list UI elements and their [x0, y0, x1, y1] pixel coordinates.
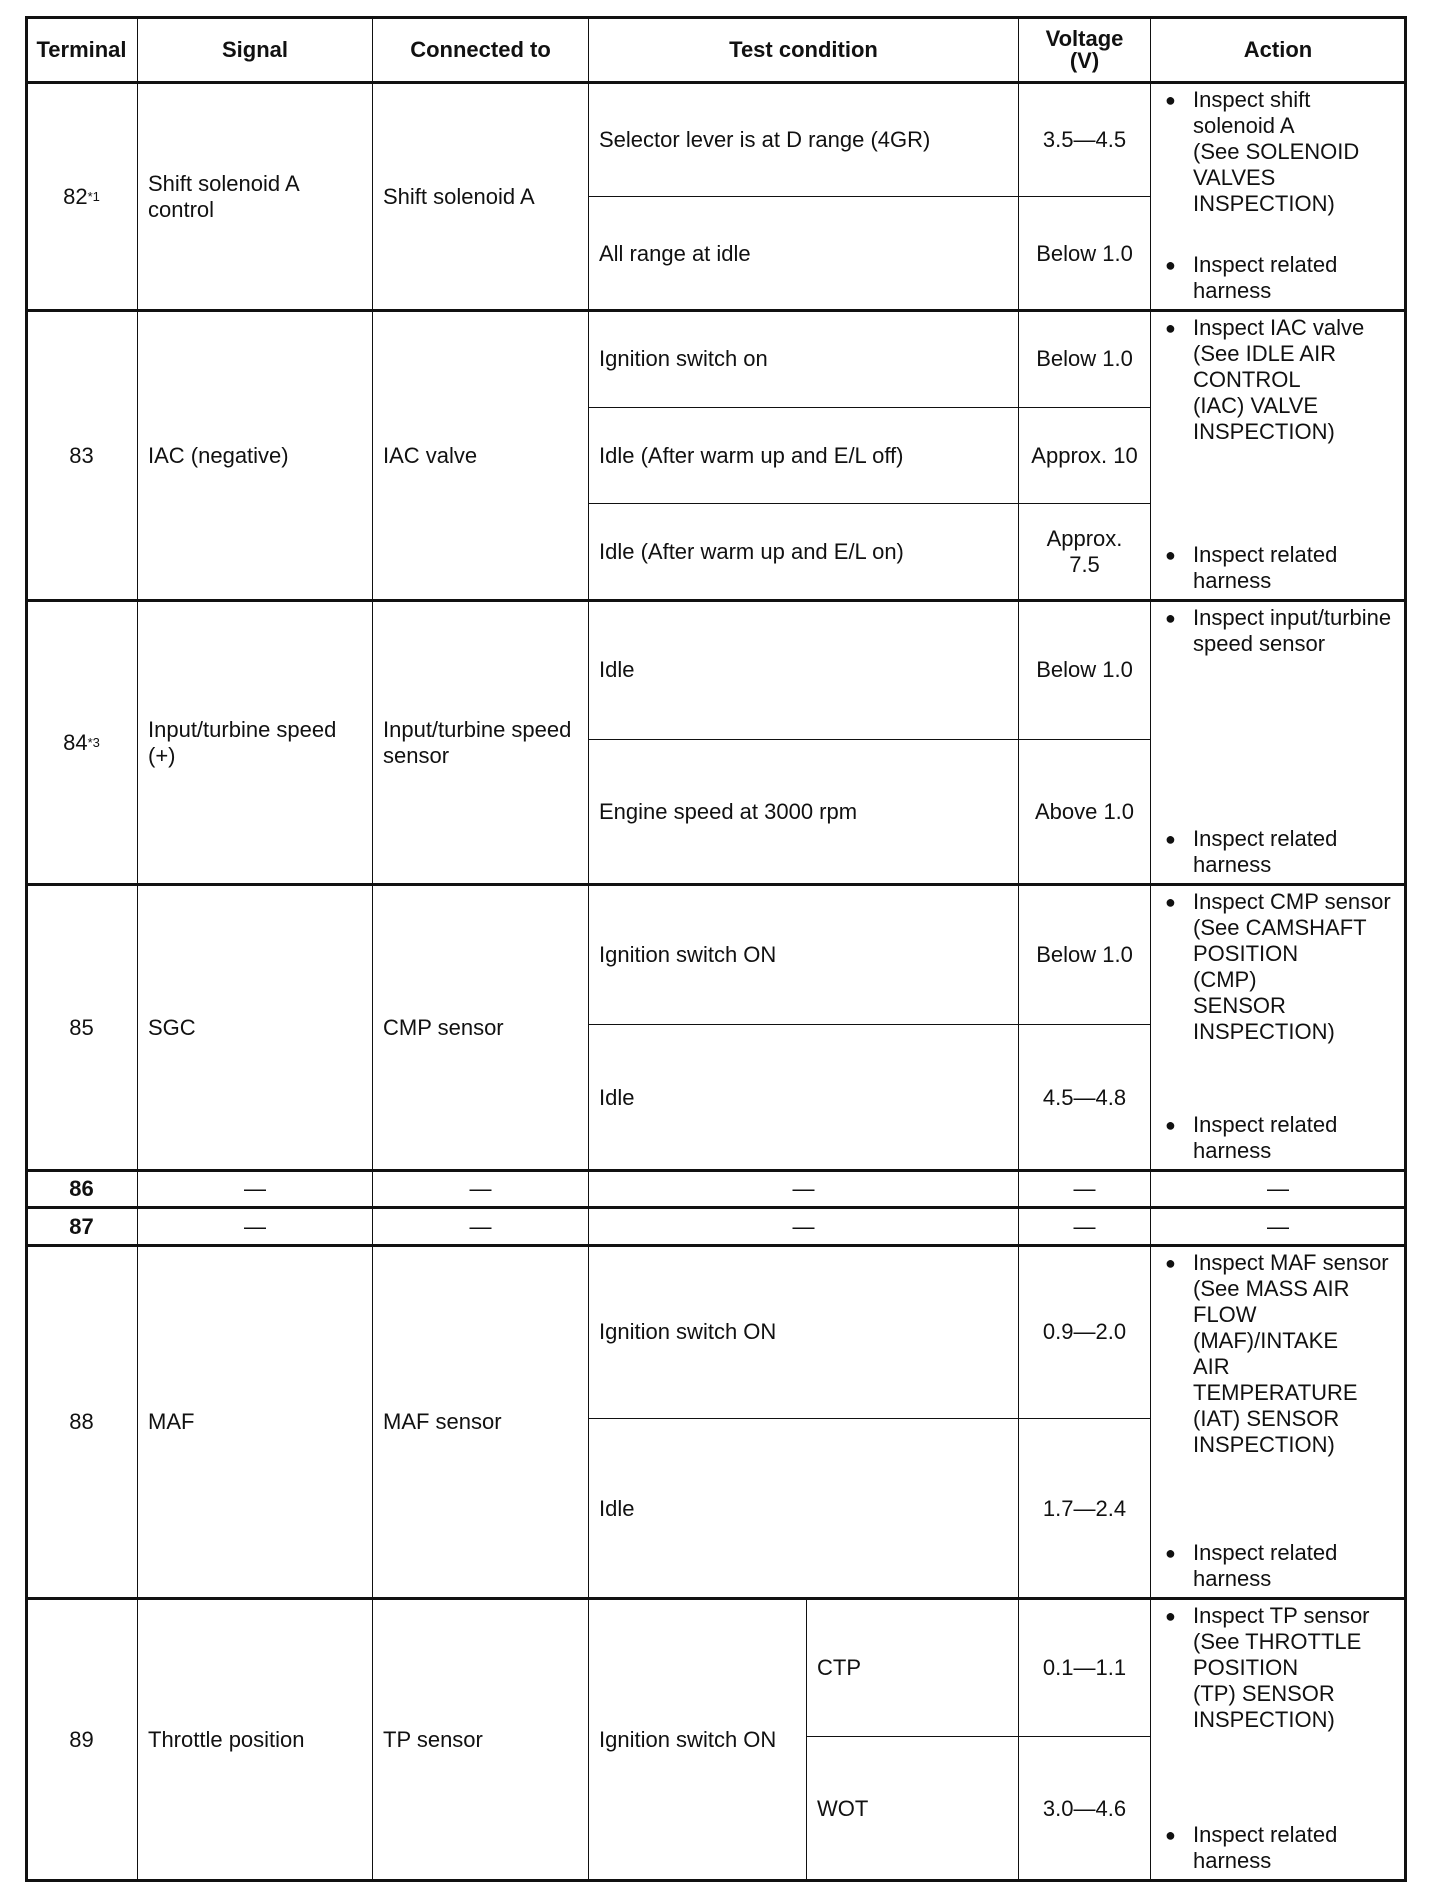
action-item: ●Inspect TP sensor (See THROTTLE POSITIO… — [1165, 1603, 1397, 1733]
bullet-icon: ● — [1165, 252, 1193, 304]
terminal-cell: 89 — [25, 1598, 138, 1881]
test-condition-cell: Selector lever is at D range (4GR) — [588, 82, 1019, 197]
bullet-icon: ● — [1165, 1603, 1193, 1733]
terminal-cell: 84*3 — [25, 600, 138, 885]
connected-to-cell: Input/turbine speed sensor — [372, 600, 589, 885]
connected-to-cell: — — [372, 1170, 589, 1208]
action-text: Inspect related harness — [1193, 1822, 1397, 1874]
test-condition-cell: Idle — [588, 1024, 1019, 1171]
terminal-number: 84 — [63, 730, 87, 756]
action-cell: — — [1150, 1170, 1406, 1208]
terminal-number: 87 — [69, 1214, 93, 1240]
action-item: ●Inspect related harness — [1165, 826, 1397, 878]
action-text: Inspect MAF sensor (See MASS AIR FLOW (M… — [1193, 1250, 1389, 1458]
connected-to-cell: TP sensor — [372, 1598, 589, 1881]
test-condition-cell: WOT — [806, 1736, 1019, 1881]
voltage-cell: 3.0—4.6 — [1018, 1736, 1151, 1881]
test-condition-cell: Ignition switch on — [588, 310, 1019, 408]
connected-to-cell: — — [372, 1207, 589, 1246]
test-condition-cell: — — [588, 1207, 1019, 1246]
action-item: ●Inspect related harness — [1165, 252, 1397, 304]
signal-cell: MAF — [137, 1245, 373, 1599]
voltage-cell: Approx. 10 — [1018, 407, 1151, 504]
header-signal: Signal — [137, 16, 373, 83]
terminal-cell: 82*1 — [25, 82, 138, 311]
signal-cell: SGC — [137, 884, 373, 1171]
action-item: ●Inspect input/turbine speed sensor — [1165, 605, 1397, 657]
footnote-marker: *3 — [88, 730, 100, 756]
voltage-cell: Below 1.0 — [1018, 196, 1151, 311]
action-cell: ●Inspect TP sensor (See THROTTLE POSITIO… — [1150, 1598, 1406, 1881]
bullet-icon: ● — [1165, 605, 1193, 657]
test-condition-cell: CTP — [806, 1598, 1019, 1737]
signal-cell: — — [137, 1170, 373, 1208]
terminal-footnote: *1 — [88, 189, 100, 204]
action-item: ●Inspect related harness — [1165, 1540, 1397, 1592]
voltage-cell: 3.5—4.5 — [1018, 82, 1151, 197]
terminal-cell: 85 — [25, 884, 138, 1171]
terminal-number: 86 — [69, 1176, 93, 1202]
terminal-number: 82 — [63, 184, 87, 210]
voltage-cell: 0.1—1.1 — [1018, 1598, 1151, 1737]
voltage-cell: — — [1018, 1207, 1151, 1246]
action-item: ●Inspect IAC valve (See IDLE AIR CONTROL… — [1165, 315, 1397, 445]
terminal-cell: 88 — [25, 1245, 138, 1599]
bullet-icon: ● — [1165, 1540, 1193, 1592]
test-condition-cell: Ignition switch ON — [588, 1245, 1019, 1419]
header-terminal: Terminal — [25, 16, 138, 83]
test-condition-cell: Ignition switch ON — [588, 884, 1019, 1025]
test-condition-group-cell: Ignition switch ON — [588, 1598, 807, 1881]
test-condition-cell: — — [588, 1170, 1019, 1208]
voltage-cell: 4.5—4.8 — [1018, 1024, 1151, 1171]
action-cell: ●Inspect input/turbine speed sensor●Insp… — [1150, 600, 1406, 885]
header-connected-to: Connected to — [372, 16, 589, 83]
bullet-icon: ● — [1165, 542, 1193, 594]
bullet-icon: ● — [1165, 315, 1193, 445]
action-text: Inspect shift solenoid A (See SOLENOID V… — [1193, 87, 1397, 217]
action-cell: — — [1150, 1207, 1406, 1246]
terminal-number: 85 — [69, 1015, 93, 1041]
action-item: ●Inspect MAF sensor (See MASS AIR FLOW (… — [1165, 1250, 1397, 1458]
bullet-icon: ● — [1165, 1250, 1193, 1458]
action-text: Inspect related harness — [1193, 1112, 1397, 1164]
voltage-cell: Below 1.0 — [1018, 310, 1151, 408]
signal-cell: Input/turbine speed (+) — [137, 600, 373, 885]
voltage-cell: Below 1.0 — [1018, 600, 1151, 740]
footnote-marker: *1 — [88, 184, 100, 210]
terminal-footnote: *3 — [88, 735, 100, 750]
test-condition-cell: Idle (After warm up and E/L off) — [588, 407, 1019, 504]
action-text: Inspect related harness — [1193, 826, 1397, 878]
connected-to-cell: CMP sensor — [372, 884, 589, 1171]
connected-to-cell: MAF sensor — [372, 1245, 589, 1599]
voltage-cell: Approx. 7.5 — [1018, 503, 1151, 601]
action-item: ●Inspect related harness — [1165, 1112, 1397, 1164]
action-text: Inspect TP sensor (See THROTTLE POSITION… — [1193, 1603, 1370, 1733]
bullet-icon: ● — [1165, 1112, 1193, 1164]
terminal-number: 83 — [69, 443, 93, 469]
action-text: Inspect input/turbine speed sensor — [1193, 605, 1397, 657]
test-condition-cell: Idle (After warm up and E/L on) — [588, 503, 1019, 601]
header-test-condition: Test condition — [588, 16, 1019, 83]
bullet-icon: ● — [1165, 87, 1193, 217]
test-condition-cell: Engine speed at 3000 rpm — [588, 739, 1019, 885]
header-action: Action — [1150, 16, 1406, 83]
header-voltage: Voltage (V) — [1018, 16, 1151, 83]
action-item: ●Inspect shift solenoid A (See SOLENOID … — [1165, 87, 1397, 217]
terminal-cell: 86 — [25, 1170, 138, 1208]
action-item: ●Inspect related harness — [1165, 542, 1397, 594]
action-text: Inspect IAC valve (See IDLE AIR CONTROL … — [1193, 315, 1364, 445]
test-condition-cell: Idle — [588, 1418, 1019, 1599]
terminal-number: 88 — [69, 1409, 93, 1435]
action-cell: ●Inspect IAC valve (See IDLE AIR CONTROL… — [1150, 310, 1406, 601]
signal-cell: Throttle position — [137, 1598, 373, 1881]
signal-cell: Shift solenoid A control — [137, 82, 373, 311]
signal-cell: — — [137, 1207, 373, 1246]
action-text: Inspect related harness — [1193, 542, 1397, 594]
action-text: Inspect related harness — [1193, 252, 1397, 304]
test-condition-cell: All range at idle — [588, 196, 1019, 311]
connected-to-cell: Shift solenoid A — [372, 82, 589, 311]
action-item: ●Inspect CMP sensor (See CAMSHAFT POSITI… — [1165, 889, 1397, 1045]
terminal-number: 89 — [69, 1727, 93, 1753]
terminal-cell: 83 — [25, 310, 138, 601]
bullet-icon: ● — [1165, 826, 1193, 878]
voltage-cell: Below 1.0 — [1018, 884, 1151, 1025]
terminal-voltage-table: TerminalSignalConnected toTest condition… — [0, 0, 1456, 1896]
action-text: Inspect CMP sensor (See CAMSHAFT POSITIO… — [1193, 889, 1391, 1045]
action-cell: ●Inspect CMP sensor (See CAMSHAFT POSITI… — [1150, 884, 1406, 1171]
action-item: ●Inspect related harness — [1165, 1822, 1397, 1874]
connected-to-cell: IAC valve — [372, 310, 589, 601]
bullet-icon: ● — [1165, 1822, 1193, 1874]
test-condition-cell: Idle — [588, 600, 1019, 740]
voltage-cell: 1.7—2.4 — [1018, 1418, 1151, 1599]
bullet-icon: ● — [1165, 889, 1193, 1045]
voltage-cell: Above 1.0 — [1018, 739, 1151, 885]
action-cell: ●Inspect MAF sensor (See MASS AIR FLOW (… — [1150, 1245, 1406, 1599]
signal-cell: IAC (negative) — [137, 310, 373, 601]
voltage-cell: — — [1018, 1170, 1151, 1208]
voltage-cell: 0.9—2.0 — [1018, 1245, 1151, 1419]
action-cell: ●Inspect shift solenoid A (See SOLENOID … — [1150, 82, 1406, 311]
action-text: Inspect related harness — [1193, 1540, 1397, 1592]
terminal-cell: 87 — [25, 1207, 138, 1246]
